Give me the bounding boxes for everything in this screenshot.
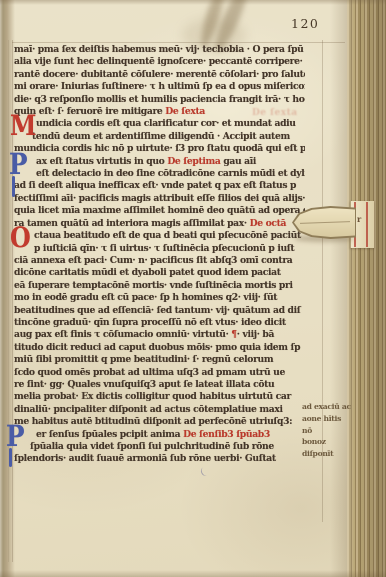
line-text: eā ſuperare temptacōnē mortis· vnde ſuſt…: [14, 280, 293, 291]
text-block: maī· pma ſex deiſtis habemus meū· vij· t…: [14, 44, 305, 468]
illuminated-initial-o: O: [10, 224, 31, 252]
text-line: ra tamen quātū ad interiora magis aſſimi…: [14, 218, 305, 230]
text-line: ſpūalia quia videt ſponſi ſui pulchritud…: [14, 441, 305, 453]
text-line: undicia cordis eſt qua clarificatur cor·…: [14, 118, 305, 130]
line-text: aug pax eſt finis τ cōſumacio omniū· vir…: [14, 329, 231, 340]
line-text: me habitus autē btitudinū diſponit ad pe…: [14, 416, 292, 427]
text-line: eſt delectacio in deo ſine cōtradicōne c…: [14, 168, 305, 180]
tab-red-ruling: [366, 202, 368, 247]
line-text: die· q3 reſponſio mollis et humilis paci…: [14, 94, 305, 105]
illuminated-initial-p: P: [9, 150, 28, 179]
text-line: ciā annexa eſt paci· Cum· n· pacificus ſ…: [14, 255, 305, 267]
initial-descender: [12, 176, 15, 197]
text-line: dinaliū· pncipaliter diſponit ad actus c…: [14, 404, 305, 416]
line-text: melia probat· Ex dictis colligitur quod …: [14, 391, 291, 402]
line-text: ax eſt ſtatus virtutis in quo: [36, 156, 167, 167]
text-line: mundicia cordis hic nō p uirtute· ſ3 pro…: [14, 143, 305, 155]
text-line: aug pax eſt finis τ cōſumacio omniū· vir…: [14, 329, 305, 341]
text-line: mo in eodē gradu eſt cū pace· ſp h homin…: [14, 292, 305, 304]
ruling-line-vertical-left-double: [8, 40, 9, 562]
text-line: rantē docere· dubitantē cōſulere· merent…: [14, 69, 305, 81]
line-text: dicōne caritatis mūdi et dyaboli patet q…: [14, 267, 281, 278]
text-line: ax eſt ſtatus virtutis in quo De ſeptima…: [14, 156, 305, 168]
text-line: ſplendoris· audit ſuauē armoniā ſub rōne…: [14, 453, 305, 465]
marginal-note-line: ad exaciū ac: [302, 401, 352, 413]
text-line: melia probat· Ex dictis colligitur quod …: [14, 391, 305, 403]
tab-letter-mark: r: [357, 214, 361, 224]
line-text: quia licet mīa maxime aſſimilet hominē d…: [14, 205, 305, 216]
text-line: me habitus autē btitudinū diſponit ad pe…: [14, 416, 305, 428]
bottom-edge-shadow: [0, 570, 386, 577]
line-text: maī· pma ſex deiſtis habemus meū· vij· t…: [14, 44, 304, 55]
folio-number: 120: [291, 16, 319, 31]
text-line: ad ſi deeſt aliqua inefficax eſt· vnde p…: [14, 180, 305, 192]
line-text: titudo dicit reduci ad caput duobus mōis…: [14, 342, 300, 353]
text-line: er ſenſus ſpūales pcipit anima De ſenſib…: [14, 429, 305, 441]
line-text: fectiſſimi aīi· pacificis magis attribui…: [14, 193, 305, 204]
line-text: tincōne graduū· qīn ſupra proceſſū nō eſ…: [14, 317, 286, 328]
illuminated-initial-p: P: [6, 422, 25, 451]
text-line: eā ſuperare temptacōnē mortis· vnde ſuſt…: [14, 280, 305, 292]
rubric: De ſexta: [165, 106, 205, 117]
line-text: beatitudines que ad eſſenciā· ſed tantum…: [14, 305, 300, 316]
line-text: ſpūalia quia videt ſponſi ſui pulchritud…: [30, 441, 274, 452]
text-line: ſcdo quod omēs probat ad ultima uſq3 ad …: [14, 367, 305, 379]
rubric: De octā: [250, 218, 286, 229]
text-line: die· q3 reſponſio mollis et humilis paci…: [14, 94, 305, 106]
line-text: alia vije ſunt hec delinquentē ignoſcere…: [14, 56, 305, 67]
line-text: · viij· bā: [237, 329, 274, 340]
manuscript-page-photo: 120 De ſexta maī· pma ſex deiſtis habemu…: [0, 0, 386, 577]
text-line: alia vije ſunt hec delinquentē ignoſcere…: [14, 56, 305, 68]
text-line: tincōne graduū· qīn ſupra proceſſū nō eſ…: [14, 317, 305, 329]
line-text: miū ſibi promittit q pme beatitudini· ſ·…: [14, 354, 273, 365]
line-text: rantē docere· dubitantē cōſulere· merent…: [14, 69, 305, 80]
text-line: re ſint· gg· Quales vnuſquiſq3 aput ſe l…: [14, 379, 305, 391]
line-text: dinaliū· pncipaliter diſponit ad actus c…: [14, 404, 283, 415]
text-line: ctaua beatitudo eſt de qua d beati qui p…: [14, 230, 305, 242]
line-text: re ſint· gg· Quales vnuſquiſq3 aput ſe l…: [14, 379, 274, 390]
text-line: beatitudines que ad eſſenciā· ſed tantum…: [14, 305, 305, 317]
initial-descender: [9, 448, 12, 467]
text-line: dicōne caritatis mūdi et dyaboli patet q…: [14, 267, 305, 279]
illuminated-initial-m: M: [10, 112, 36, 140]
text-line: titudo dicit reduci ad caput duobus mōis…: [14, 342, 305, 354]
line-text: eſt delectacio in deo ſine cōtradicōne c…: [36, 168, 305, 179]
top-edge-shadow: [0, 0, 386, 5]
line-text: ſcdo quod omēs probat ad ultima uſq3 ad …: [14, 367, 285, 378]
text-line: tendū deum et ardentiſſime diligendū · A…: [14, 131, 305, 143]
text-line: quin eſt· ſ· feruorē ire mitigare De ſex…: [14, 106, 305, 118]
marginal-note-line: bonoz diſponīt: [302, 436, 352, 460]
line-text: mi orare· Iniurias ſuſtinere· τ h ultimū…: [14, 81, 305, 92]
text-line: miū ſibi promittit q pme beatitudini· ſ·…: [14, 354, 305, 366]
ruling-line-horizontal-top: [12, 42, 345, 43]
line-text: ad ſi deeſt aliqua inefficax eſt· vnde p…: [14, 180, 296, 191]
text-line: p iuſticiā qīn· τ ſi uirtus· τ ſuſtinēci…: [14, 243, 305, 255]
line-text: ra tamen quātū ad interiora magis aſſimi…: [14, 218, 250, 229]
line-text: mundicia cordis hic nō p uirtute· ſ3 pro…: [14, 143, 305, 154]
marginal-note-line: aone hītis nō: [302, 413, 352, 437]
text-line: mi orare· Iniurias ſuſtinere· τ h ultimū…: [14, 81, 305, 93]
text-line: maī· pma ſex deiſtis habemus meū· vij· t…: [14, 44, 305, 56]
line-text: gau aīi: [220, 156, 256, 167]
line-text: undicia cordis eſt qua clarificatur cor·…: [36, 118, 296, 129]
line-text: ſplendoris· audit ſuauē armoniā ſub rōne…: [14, 453, 276, 464]
line-text: ctaua beatitudo eſt de qua d beati qui p…: [34, 230, 301, 241]
line-text: er ſenſus ſpūales pcipit anima: [36, 429, 183, 440]
text-line: quia licet mīa maxime aſſimilet hominē d…: [14, 205, 305, 217]
fore-edge-shading: [347, 0, 386, 577]
line-text: tendū deum et ardentiſſime diligendū · A…: [32, 131, 290, 142]
marginal-note: ad exaciū ac aone hītis nō bonoz diſponī…: [302, 401, 352, 460]
line-text: mo in eodē gradu eſt cū pace· ſp h homin…: [14, 292, 277, 303]
line-text: p iuſticiā qīn· τ ſi uirtus· τ ſuſtinēci…: [34, 243, 294, 254]
line-text: ciā annexa eſt paci· Cum· n· pacificus ſ…: [14, 255, 292, 266]
text-line: fectiſſimi aīi· pacificis magis attribui…: [14, 193, 305, 205]
line-text: quin eſt· ſ· feruorē ire mitigare: [14, 106, 165, 117]
page-curve-shadow: [330, 0, 347, 577]
rubric: De ſenſib3 ſpūab3: [183, 429, 270, 440]
rubric: De ſeptima: [167, 156, 220, 167]
